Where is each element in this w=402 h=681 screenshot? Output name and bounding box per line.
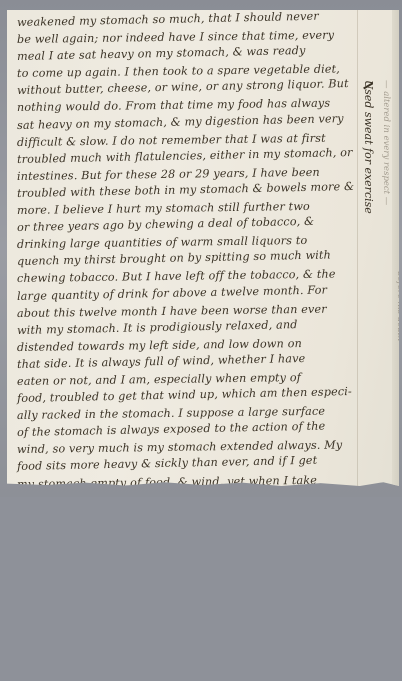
faint-margin-annotation: — altered in every respect — [381, 80, 391, 205]
manuscript-body-text: weakened my stomach so much, that I shou… [17, 14, 362, 497]
page-edge-strip [392, 10, 399, 486]
manuscript-page: weakened my stomach so much, that I shou… [7, 10, 399, 486]
margin-annotation: Used sweat for exercise [362, 80, 375, 214]
